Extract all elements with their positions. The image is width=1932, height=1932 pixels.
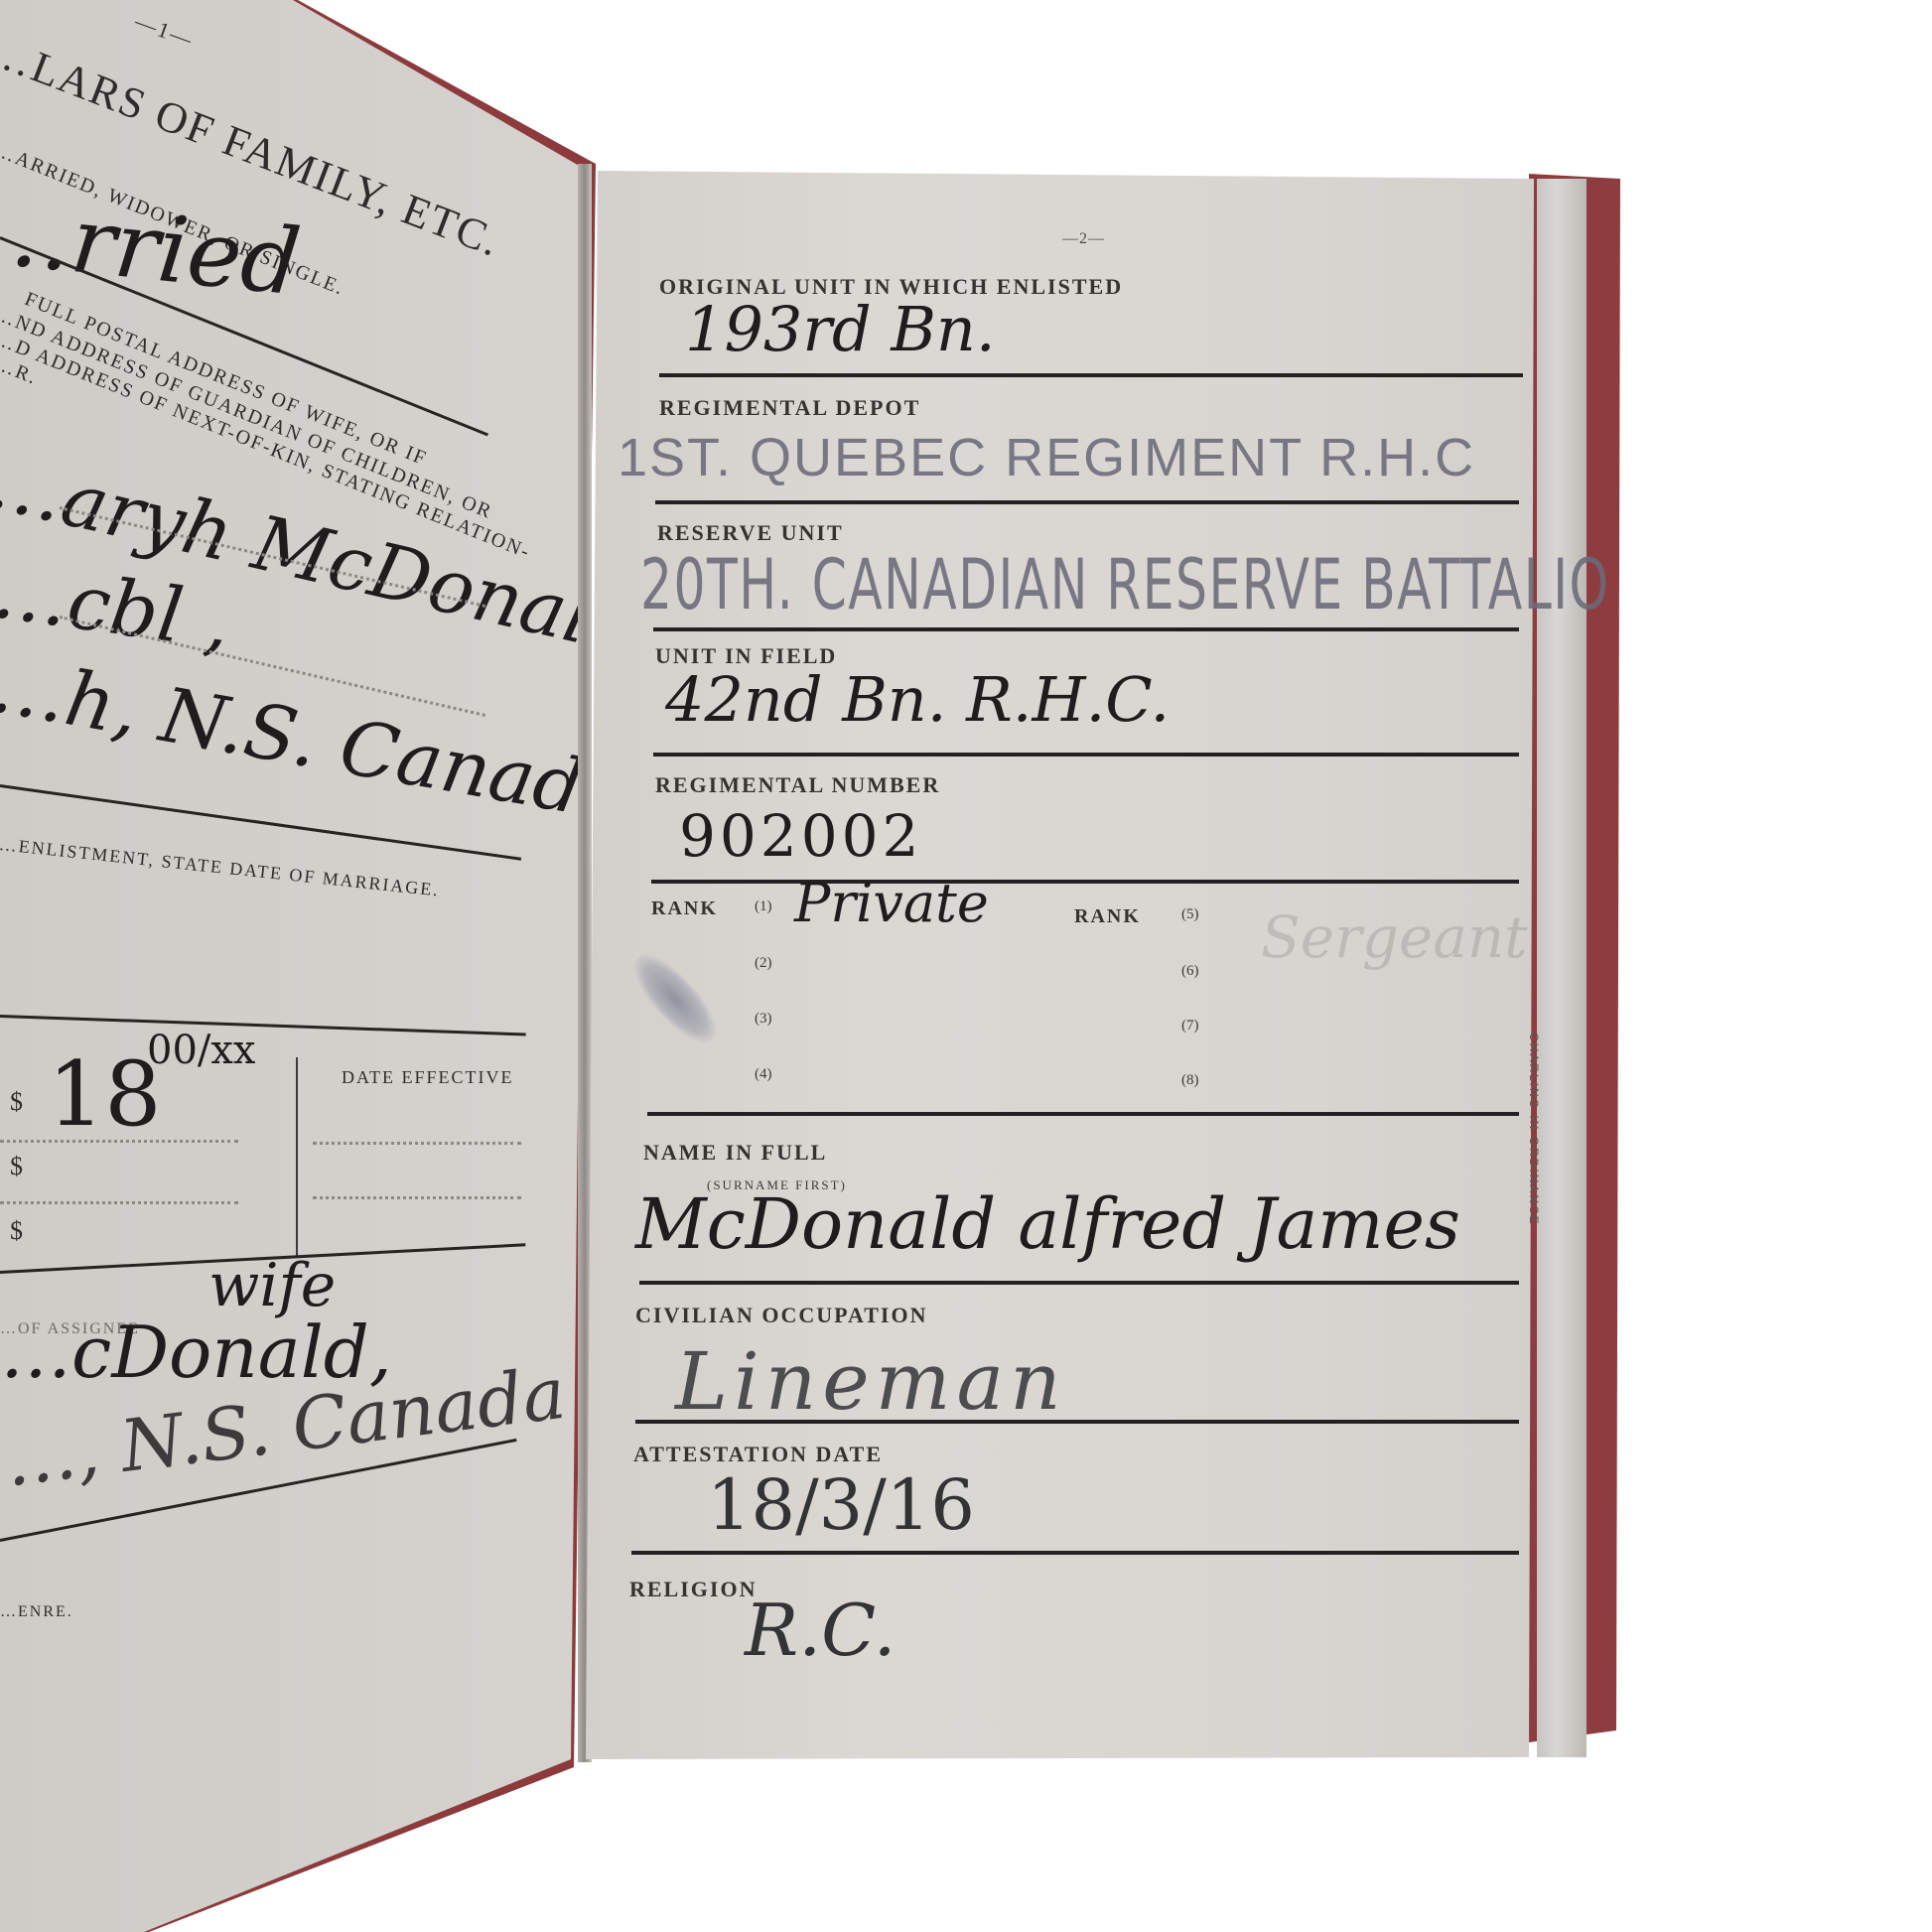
rank-slot-4: (4) (755, 1066, 772, 1083)
rank-1-value: Private (794, 872, 989, 934)
rule (659, 373, 1523, 377)
dotted-line (0, 1140, 238, 1143)
rule (647, 1112, 1519, 1116)
footer-label: …ENRE. (0, 1603, 73, 1621)
dotted-line (313, 1196, 521, 1199)
regimental-depot-label: REGIMENTAL DEPOT (659, 395, 920, 421)
dotted-line (313, 1142, 521, 1145)
edge-print-text: CHARLING IN ORDINANCE (1527, 1033, 1541, 1226)
reserve-unit-label: RESERVE UNIT (657, 520, 844, 546)
rank-slot-8: (8) (1181, 1072, 1199, 1089)
pay-currency: $ (10, 1216, 25, 1246)
rule (653, 627, 1519, 631)
pay-currency: $ (10, 1152, 25, 1181)
faint-bleedthrough: Sergeant (1261, 903, 1527, 971)
dotted-line (0, 1201, 238, 1204)
right-page-number: —2— (1062, 230, 1105, 248)
occupation-label: CIVILIAN OCCUPATION (635, 1303, 927, 1328)
name-value: McDonald alfred James (635, 1183, 1460, 1265)
attestation-date-value: 18/3/16 (707, 1464, 975, 1546)
rank-slot-7: (7) (1181, 1018, 1199, 1035)
occupation-value: Lineman (675, 1335, 1067, 1428)
pay-cents: 00/xx (147, 1028, 256, 1073)
rank-slot-6: (6) (1181, 963, 1199, 980)
pay-amount: 18 (48, 1042, 162, 1147)
rank-slot-2: (2) (755, 955, 772, 972)
rank-slot-5: (5) (1181, 906, 1199, 923)
name-label: NAME IN FULL (643, 1140, 827, 1166)
rank-label-left: RANK (651, 897, 718, 920)
left-page-content: —1— …LARS OF FAMILY, ETC. …ARRIED, WIDOW… (0, 0, 596, 1737)
unit-in-field-value: 42nd Bn. R.H.C. (665, 663, 1170, 736)
rank-label-right: RANK (1074, 905, 1141, 928)
original-unit-value: 193rd Bn. (685, 293, 996, 365)
enlistment-label: …ENLISTMENT, STATE DATE OF MARRIAGE. (0, 834, 441, 901)
rule (0, 1015, 526, 1035)
column-divider (296, 1057, 298, 1256)
rule (653, 753, 1519, 757)
date-effective-label: DATE EFFECTIVE (342, 1067, 514, 1088)
rule (639, 1281, 1519, 1285)
page-edges (1537, 179, 1587, 1757)
rank-slot-1: (1) (755, 898, 772, 915)
rule (631, 1551, 1519, 1555)
regimental-depot-stamp: 1ST. QUEBEC REGIMENT R.H.C (618, 427, 1475, 488)
rule (655, 500, 1519, 504)
regimental-number-value: 902002 (679, 802, 922, 870)
rule (651, 880, 1519, 884)
pay-currency: $ (10, 1087, 25, 1117)
regimental-number-label: REGIMENTAL NUMBER (655, 772, 940, 798)
left-page-number: —1— (131, 8, 197, 53)
rank-slot-3: (3) (755, 1011, 772, 1028)
address-value-line: …h, N.S. Canada (0, 640, 634, 839)
religion-value: R.C. (745, 1588, 897, 1672)
reserve-unit-stamp: 20TH. CANADIAN RESERVE BATTALIO (640, 544, 1610, 625)
rule (635, 1420, 1519, 1424)
religion-label: RELIGION (629, 1577, 757, 1602)
